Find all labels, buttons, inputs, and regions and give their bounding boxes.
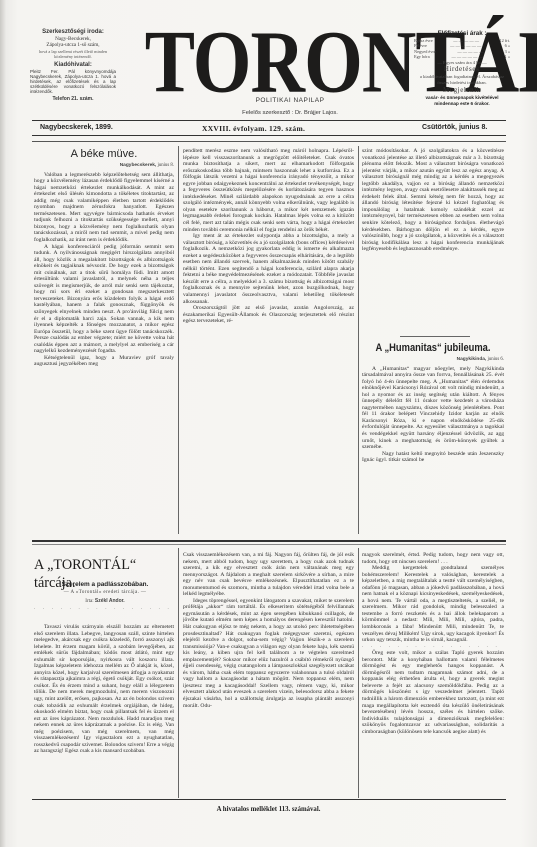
office-heading: Szerkesztőségi iroda: [30,28,116,36]
dotted-separator: . . . . . . . . . . . . . . . . . . . . … [34,606,176,611]
article-beke-col1: A béke müve. Nagybecskerek, junius 8. Va… [34,148,174,540]
footer-rule [32,799,506,800]
paragraph: Igy ment át az értekezlet sulypontja abb… [183,233,354,305]
paragraph: Valóban a legmerészebb képzelőtehetség s… [34,172,174,244]
editor-line: Felelős szerkesztő : Dr. Brájjer Lajos. [190,110,390,116]
appears-text: vasár- és ünnepnapok kivételével mindenn… [414,95,510,107]
price-label: Egy hóra [414,54,430,59]
ads-heading: Hirdetések [414,65,510,74]
price-value: 1 » [505,54,510,59]
paragraph: Meddig kergettelek gondtalanul személyes… [362,565,504,644]
appears-heading: Megjelenik [414,86,510,95]
ads-text: a kiadóhivatalban fogadtatnak el. Árszab… [414,74,510,86]
issue-day: Csütörtök, junius 8. [422,124,487,131]
feuilleton-rule-thin [32,544,506,545]
volume-number: XXVIII. évfolyam. 129. szám. [202,124,305,133]
dateline-date: junius 8. [157,163,174,168]
issue-dateline: Nagybecskerek, 1899. XXVIII. évfolyam. 1… [32,120,506,136]
paragraph: Ideges töprengéssel, egyenkint látogatom… [183,598,354,709]
feuilleton-subtitle: — A »Torontál« eredeti tárcája. — [34,589,176,597]
masthead-subscription-info: Előfizetési árak : Egész évre— — — — —12… [414,30,510,107]
masthead-office-info: Szerkesztőségi iroda: Nagy-Becskerek, Zá… [30,28,116,103]
publisher-heading: Kiadóhivatal: [30,61,116,69]
feuilleton-title: Szerelem a padlásszobában. [34,580,176,589]
office-note: hová a lap szellemi részét illető minden… [30,49,116,59]
newspaper-title: TORONTÁL [145,18,392,107]
paragraph: A „Humanitas“ magyar nőegylet, mely Nagy… [362,366,504,451]
article-beke-col3: szint módosításokat. A jó szolgálatokra … [362,148,504,332]
column-divider [358,548,359,798]
dateline-date: junius 6. [487,357,504,362]
paragraph: Csak visszaemlékezésem van, a mi fáj. Na… [183,552,354,598]
article-title: A béke müve. [34,148,174,161]
column-divider [358,146,359,534]
feuilleton-title-block: Szerelem a padlásszobában. — A »Torontál… [34,580,176,611]
paragraph: Nagy hatást keltő megnyitó beszéde után … [362,451,504,464]
prices-heading: Előfizetési árak : [414,30,510,38]
paragraph: Kétségtelenül igaz, hogy a Muraviev gróf… [34,355,174,368]
paragraph: A hágai konferenciáról pedig jóformán se… [34,244,174,355]
dateline-place: Nagykikinda, [457,357,487,362]
page-edge [0,0,6,847]
masthead-rule [32,141,506,142]
article-beke-col2: pendített merész eszme nem valósítható m… [183,148,354,540]
supplement-note: A hivatalos melléklet 113. számával. [0,806,537,813]
author-label: Irta: [85,599,93,604]
feuilleton-col1: Tavaszi virulás szárnyain elszáll hozzám… [34,624,174,796]
newspaper-subtitle: POLITIKAI NAPILAP [200,97,380,104]
paragraph: magyok szerelmét, értsd. Pedig tudom, ho… [362,552,504,565]
column-divider [178,146,179,534]
place-year: Nagybecskerek, 1899. [40,124,113,131]
article-separator [400,336,470,337]
author-name: Székl Andor. [95,598,125,604]
article-dateline: Nagybecskerek, junius 8. [34,163,174,170]
dateline-place: Nagybecskerek, [120,163,157,168]
article-humanitas: A „Humanitas“ jubileuma. Nagykikinda, ju… [362,342,504,534]
article-title: A „Humanitas“ jubileuma. [373,342,494,355]
article-dateline: Nagykikinda, junius 6. [362,357,504,364]
feuilleton-col2: Csak visszaemlékezésem van, a mi fáj. Na… [183,552,354,796]
paragraph: Oroszországtól jött az első javaslat, az… [183,305,354,325]
paragraph: Tavaszi virulás szárnyain elszáll hozzám… [34,624,174,755]
paragraph: szint módosításokat. A jó szolgálatokra … [362,148,504,253]
column-divider [178,548,179,798]
phone-number: Telefon 21. szám. [30,96,116,102]
paragraph: Öreg este volt, mikor a szálas Tapló gye… [362,650,504,735]
feuilleton-rule [32,540,506,542]
publisher-text: Pleitz Fer. Pál könyvnyomdája Nagybecske… [30,69,116,94]
feuilleton-col3: magyok szerelmét, értsd. Pedig tudom, ho… [362,552,504,796]
feuilleton-author: Irta: Székl Andor. [34,597,176,606]
paragraph: pendített merész eszme nem valósítható m… [183,148,354,233]
